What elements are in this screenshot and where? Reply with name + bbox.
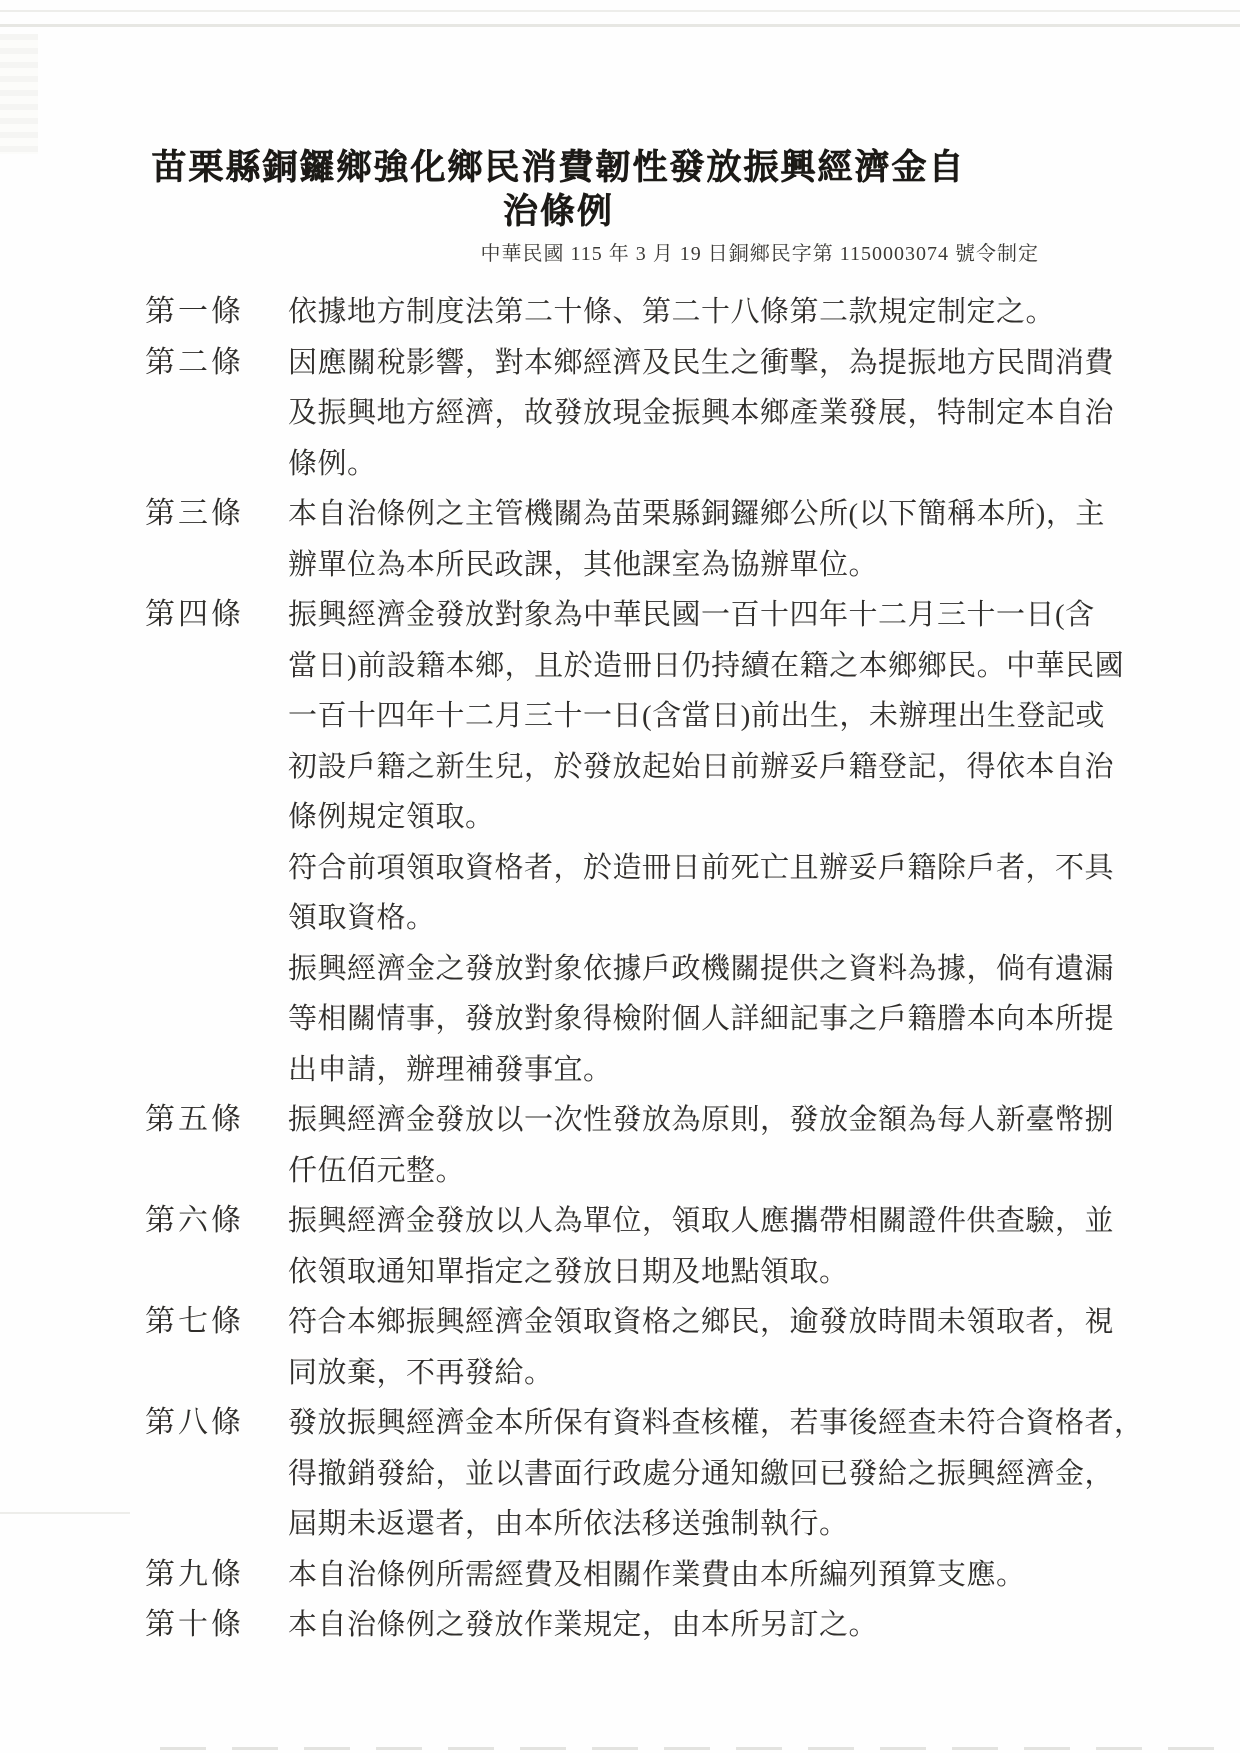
- article-row: 第三條 本自治條例之主管機關為苗栗縣銅鑼鄉公所(以下簡稱本所)，主辦單位為本所民…: [142, 489, 1095, 590]
- article-line: 條例。: [288, 439, 1114, 490]
- article-line: 一百十四年十二月三十一日(含當日)前出生，未辦理出生登記或: [288, 691, 1124, 742]
- article-line: 出申請，辦理補發事宜。: [288, 1045, 1124, 1096]
- article-text: 本自治條例之主管機關為苗栗縣銅鑼鄉公所(以下簡稱本所)，主辦單位為本所民政課，其…: [288, 489, 1105, 590]
- article-row: 第八條 發放振興經濟金本所保有資料查核權，若事後經查未符合資格者，得撤銷發給，並…: [142, 1398, 1095, 1550]
- article-text: 符合本鄉振興經濟金領取資格之鄉民，逾發放時間未領取者，視同放棄，不再發給。: [288, 1297, 1114, 1398]
- article-text: 振興經濟金發放以人為單位，領取人應攜帶相關證件供查驗，並依領取通知單指定之發放日…: [288, 1196, 1114, 1297]
- scanned-document-page: 苗栗縣銅鑼鄉強化鄉民消費韌性發放振興經濟金自治條例 中華民國 115 年 3 月…: [0, 0, 1240, 1753]
- article-line: 振興經濟金發放以一次性發放為原則，發放金額為每人新臺幣捌: [288, 1095, 1114, 1146]
- article-row: 第二條 因應關稅影響，對本鄉經濟及民生之衝擊，為提振地方民間消費及振興地方經濟，…: [142, 338, 1095, 490]
- promulgation-line: 中華民國 115 年 3 月 19 日銅鄉民字第 1150003074 號令制定: [142, 236, 1095, 272]
- article-line: 本自治條例所需經費及相關作業費由本所編列預算支應。: [288, 1550, 1095, 1601]
- article-number-label: 第七條: [142, 1297, 288, 1348]
- article-line: 領取資格。: [288, 893, 1124, 944]
- article-row: 第五條 振興經濟金發放以一次性發放為原則，發放金額為每人新臺幣捌仟伍佰元整。: [142, 1095, 1095, 1196]
- article-line: 條例規定領取。: [288, 792, 1124, 843]
- article-number-label: 第九條: [142, 1550, 288, 1601]
- article-line: 辦單位為本所民政課，其他課室為協辦單位。: [288, 540, 1105, 591]
- article-text: 本自治條例所需經費及相關作業費由本所編列預算支應。: [288, 1550, 1095, 1601]
- article-row: 第一條 依據地方制度法第二十條、第二十八條第二款規定制定之。: [142, 287, 1095, 338]
- article-line: 當日)前設籍本鄉，且於造冊日仍持續在籍之本鄉鄉民。中華民國: [288, 641, 1124, 692]
- scan-artifact-left-smudge: [0, 34, 38, 154]
- article-number-label: 第六條: [142, 1196, 288, 1247]
- article-number-label: 第二條: [142, 338, 288, 389]
- article-line: 振興經濟金發放以人為單位，領取人應攜帶相關證件供查驗，並: [288, 1196, 1114, 1247]
- scan-artifact-top-line: [0, 10, 1240, 12]
- article-number-label: 第五條: [142, 1095, 288, 1146]
- article-number-label: 第三條: [142, 489, 288, 540]
- article-text: 發放振興經濟金本所保有資料查核權，若事後經查未符合資格者，得撤銷發給，並以書面行…: [288, 1398, 1144, 1550]
- article-line: 依據地方制度法第二十條、第二十八條第二款規定制定之。: [288, 287, 1095, 338]
- article-text: 振興經濟金發放以一次性發放為原則，發放金額為每人新臺幣捌仟伍佰元整。: [288, 1095, 1114, 1196]
- article-line: 同放棄，不再發給。: [288, 1348, 1114, 1399]
- scan-artifact-mid-line: [0, 1512, 130, 1514]
- article-number-label: 第四條: [142, 590, 288, 641]
- article-row: 第七條 符合本鄉振興經濟金領取資格之鄉民，逾發放時間未領取者，視同放棄，不再發給…: [142, 1297, 1095, 1398]
- article-line: 符合本鄉振興經濟金領取資格之鄉民，逾發放時間未領取者，視: [288, 1297, 1114, 1348]
- article-number-label: 第八條: [142, 1398, 288, 1449]
- article-row: 第十條 本自治條例之發放作業規定，由本所另訂之。: [142, 1600, 1095, 1651]
- article-line: 等相關情事，發放對象得檢附個人詳細記事之戶籍謄本向本所提: [288, 994, 1124, 1045]
- article-line: 及振興地方經濟，故發放現金振興本鄉產業發展，特制定本自治: [288, 388, 1114, 439]
- document-body: 苗栗縣銅鑼鄉強化鄉民消費韌性發放振興經濟金自治條例 中華民國 115 年 3 月…: [142, 146, 1095, 1651]
- article-line: 本自治條例之發放作業規定，由本所另訂之。: [288, 1600, 1095, 1651]
- article-text: 因應關稅影響，對本鄉經濟及民生之衝擊，為提振地方民間消費及振興地方經濟，故發放現…: [288, 338, 1114, 490]
- article-text: 振興經濟金發放對象為中華民國一百十四年十二月三十一日(含當日)前設籍本鄉，且於造…: [288, 590, 1124, 1095]
- document-title: 苗栗縣銅鑼鄉強化鄉民消費韌性發放振興經濟金自治條例: [142, 146, 975, 234]
- scan-artifact-bottom-dashes: [160, 1747, 1240, 1750]
- article-row: 第九條 本自治條例所需經費及相關作業費由本所編列預算支應。: [142, 1550, 1095, 1601]
- article-line: 屆期未返還者，由本所依法移送強制執行。: [288, 1499, 1144, 1550]
- article-text: 本自治條例之發放作業規定，由本所另訂之。: [288, 1600, 1095, 1651]
- article-text: 依據地方制度法第二十條、第二十八條第二款規定制定之。: [288, 287, 1095, 338]
- article-number-label: 第一條: [142, 287, 288, 338]
- article-line: 依領取通知單指定之發放日期及地點領取。: [288, 1247, 1114, 1298]
- scan-artifact-top-line: [0, 24, 1240, 27]
- article-line: 本自治條例之主管機關為苗栗縣銅鑼鄉公所(以下簡稱本所)，主: [288, 489, 1105, 540]
- article-line: 發放振興經濟金本所保有資料查核權，若事後經查未符合資格者，: [288, 1398, 1144, 1449]
- article-row: 第四條 振興經濟金發放對象為中華民國一百十四年十二月三十一日(含當日)前設籍本鄉…: [142, 590, 1095, 1095]
- article-line: 因應關稅影響，對本鄉經濟及民生之衝擊，為提振地方民間消費: [288, 338, 1114, 389]
- article-line: 振興經濟金之發放對象依據戶政機關提供之資料為據，倘有遺漏: [288, 944, 1124, 995]
- article-line: 得撤銷發給，並以書面行政處分通知繳回已發給之振興經濟金，: [288, 1449, 1144, 1500]
- article-row: 第六條 振興經濟金發放以人為單位，領取人應攜帶相關證件供查驗，並依領取通知單指定…: [142, 1196, 1095, 1297]
- article-number-label: 第十條: [142, 1600, 288, 1651]
- article-line: 符合前項領取資格者，於造冊日前死亡且辦妥戶籍除戶者，不具: [288, 843, 1124, 894]
- articles: 第一條 依據地方制度法第二十條、第二十八條第二款規定制定之。 第二條 因應關稅影…: [142, 287, 1095, 1651]
- article-line: 仟伍佰元整。: [288, 1146, 1114, 1197]
- article-line: 初設戶籍之新生兒，於發放起始日前辦妥戶籍登記，得依本自治: [288, 742, 1124, 793]
- article-line: 振興經濟金發放對象為中華民國一百十四年十二月三十一日(含: [288, 590, 1124, 641]
